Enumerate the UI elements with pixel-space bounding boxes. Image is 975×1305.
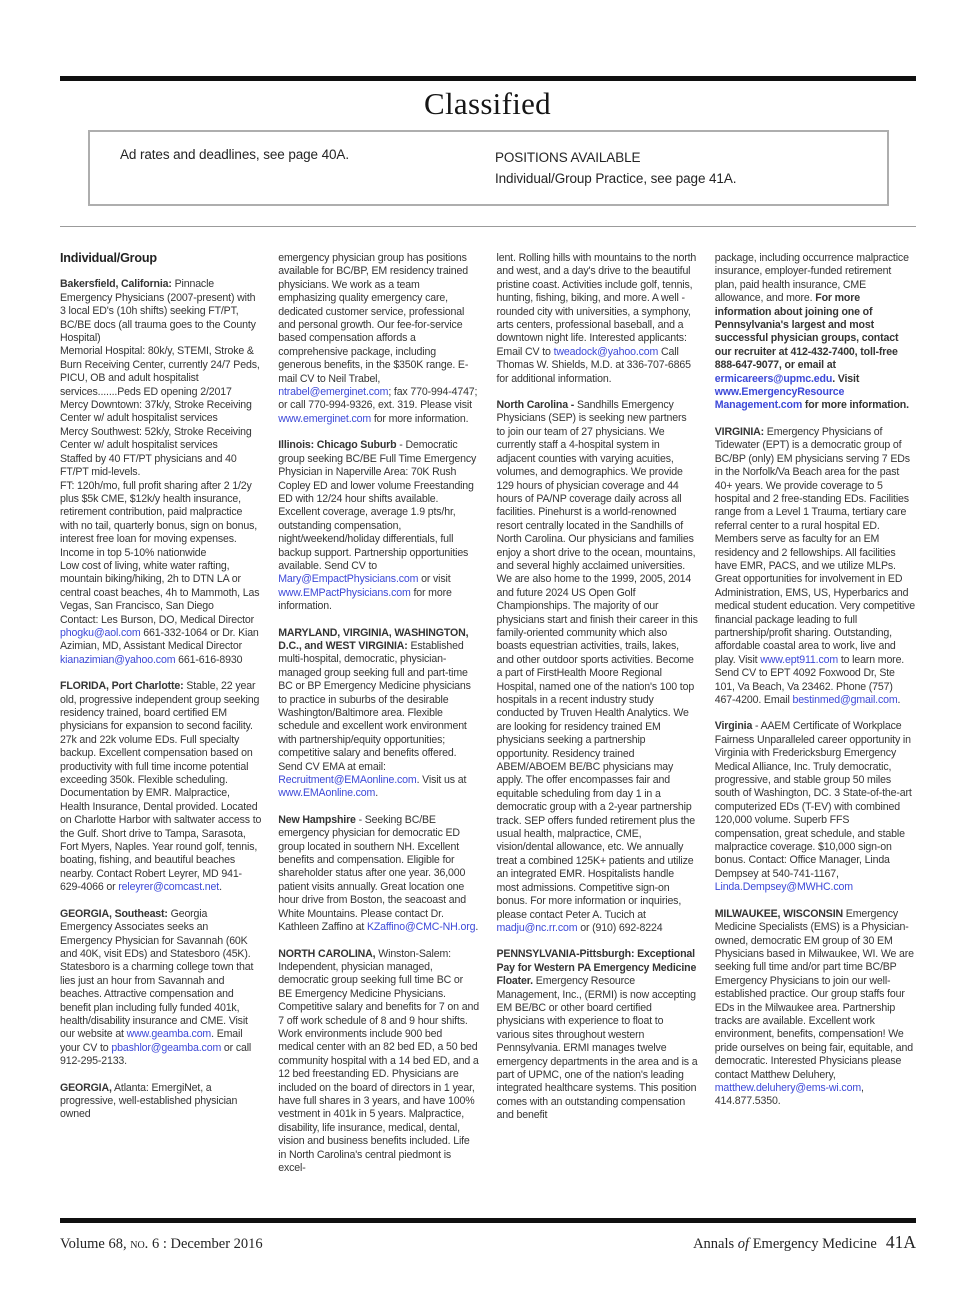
ad-text: Emergency Resource Management, Inc., (ER… xyxy=(497,975,698,1121)
column-1: Individual/GroupBakersfield, California:… xyxy=(60,252,261,1216)
footer: Volume 68, no. 6 : December 2016 Annals … xyxy=(60,1232,916,1253)
classified-ad: Illinois: Chicago Suburb - Democratic gr… xyxy=(278,439,479,613)
classified-ad: Bakersfield, California: Pinnacle Emerge… xyxy=(60,278,261,667)
email-link[interactable]: releyrer@comcast.net xyxy=(118,881,219,893)
positions-available-line: POSITIONS AVAILABLE xyxy=(495,147,736,168)
section-heading: Individual/Group xyxy=(60,252,261,265)
ad-text: - Democratic group seeking BC/BE Full Ti… xyxy=(278,439,476,572)
classified-ad: VIRGINIA: Emergency Physicians of Tidewa… xyxy=(715,426,916,708)
columns: Individual/GroupBakersfield, California:… xyxy=(60,252,916,1216)
classified-ad: GEORGIA, Atlanta: EmergiNet, a progressi… xyxy=(60,1082,261,1122)
classified-ad: GEORGIA, Southeast: Georgia Emergency As… xyxy=(60,908,261,1069)
email-link[interactable]: kianazimian@yahoo.com xyxy=(60,654,175,666)
ad-text: Mercy Southwest: 52k/y, Stroke Receiving… xyxy=(60,426,252,451)
ad-lead-in: Bakersfield, California: xyxy=(60,278,172,290)
ad-rates-note: Ad rates and deadlines, see page 40A. xyxy=(120,147,349,162)
ad-text: Stable, 22 year old, progressive indepen… xyxy=(60,680,261,893)
email-link[interactable]: Linda.Dempsey@MWHC.com xyxy=(715,881,853,893)
classified-ad: MILWAUKEE, WISCONSIN Emergency Medicine … xyxy=(715,908,916,1109)
journal-name-of: of xyxy=(738,1236,749,1252)
email-link[interactable]: tweadock@yahoo.com xyxy=(554,346,659,358)
ad-text: Emergency Medicine Specialists (EMS) is … xyxy=(715,908,914,1081)
email-link[interactable]: bestinmed@gmail.com xyxy=(792,694,897,706)
email-link[interactable]: pbashlor@geamba.com xyxy=(111,1042,221,1054)
ad-text: . xyxy=(475,921,478,933)
ad-text: Emergency Physicians of Tidewater (EPT) … xyxy=(715,426,915,666)
classified-ad: package, including occurrence malpractic… xyxy=(715,252,916,413)
ad-lead-in: GEORGIA, Southeast: xyxy=(60,908,168,920)
email-link[interactable]: phogku@aol.com xyxy=(60,627,141,639)
ad-lead-in: Virginia xyxy=(715,720,752,732)
url-link[interactable]: www.emerginet.com xyxy=(278,413,371,425)
email-link[interactable]: Mary@EmpactPhysicians.com xyxy=(278,573,418,585)
email-link[interactable]: Recruitment@EMAonline.com xyxy=(278,774,416,786)
ad-text: or visit xyxy=(418,573,450,585)
volume-text: Volume 68, xyxy=(60,1236,130,1252)
ad-text: Contact: Les Burson, DO, Medical Directo… xyxy=(60,614,254,626)
ad-lead-in: . Visit xyxy=(832,373,859,385)
journal-classified-page: Classified Ad rates and deadlines, see p… xyxy=(0,0,975,1305)
ad-text: for more information. xyxy=(371,413,468,425)
ad-text: Sandhills Emergency Physicians (SEP) is … xyxy=(497,399,698,920)
top-rule xyxy=(60,76,916,81)
ad-text: Georgia Emergency Associates seeks an Em… xyxy=(60,908,253,1041)
ad-lead-in: VIRGINIA: xyxy=(715,426,764,438)
email-link[interactable]: madju@nc.rr.com xyxy=(497,922,578,934)
url-link[interactable]: www.EMPactPhysicians.com xyxy=(278,587,410,599)
ad-text: emergency physician group has positions … xyxy=(278,252,468,385)
url-link[interactable]: www.geamba.com xyxy=(127,1028,211,1040)
ad-text: Income in top 5-10% nationwide xyxy=(60,547,206,559)
ad-text: . xyxy=(898,694,901,706)
ad-info-box: Ad rates and deadlines, see page 40A. PO… xyxy=(88,130,889,206)
ad-text: - AAEM Certificate of Workplace Fairness… xyxy=(715,720,912,879)
ad-text: 661-616-8930 xyxy=(175,654,242,666)
column-4: package, including occurrence malpractic… xyxy=(715,252,916,1216)
ad-lead-in: New Hampshire xyxy=(278,814,356,826)
classified-ad: lent. Rolling hills with mountains to th… xyxy=(497,252,698,386)
classified-ad: North Carolina - Sandhills Emergency Phy… xyxy=(497,399,698,935)
classified-ad: emergency physician group has positions … xyxy=(278,252,479,426)
volume-no-smallcaps: no. xyxy=(130,1236,148,1252)
ad-lead-in: Illinois: Chicago Suburb xyxy=(278,439,396,451)
journal-name: Annals xyxy=(693,1236,738,1252)
email-link[interactable]: matthew.deluhery@ems-wi.com xyxy=(715,1082,861,1094)
email-link[interactable]: KZaffino@CMC-NH.org xyxy=(367,921,475,933)
ad-text: FT: 120h/mo, full profit sharing after 2… xyxy=(60,480,257,546)
classified-ad: Virginia - AAEM Certificate of Workplace… xyxy=(715,720,916,894)
ad-text: lent. Rolling hills with mountains to th… xyxy=(497,252,697,358)
ad-lead-in: NORTH CAROLINA, xyxy=(278,948,375,960)
ad-text: . Visit us at xyxy=(417,774,467,786)
classified-ad: NORTH CAROLINA, Winston-Salem: Independe… xyxy=(278,948,479,1176)
footer-journal: Annals of Emergency Medicine41A xyxy=(693,1232,916,1253)
ad-text: Winston-Salem: Independent, physician ma… xyxy=(278,948,479,1175)
classified-ad: New Hampshire - Seeking BC/BE emergency … xyxy=(278,814,479,935)
ad-text: Low cost of living, white water rafting,… xyxy=(60,560,259,612)
ad-text: Mercy Downtown: 37k/y, Stroke Receiving … xyxy=(60,399,252,424)
classified-ad: MARYLAND, VIRGINIA, WASHINGTON, D.C., an… xyxy=(278,627,479,801)
email-link[interactable]: ntrabel@emerginet.com xyxy=(278,386,388,398)
ad-text: or (910) 692-8224 xyxy=(577,922,662,934)
ad-text: package, including occurrence malpractic… xyxy=(715,252,909,304)
ad-lead-in: for more information. xyxy=(802,399,909,411)
header-divider-rule xyxy=(60,226,916,227)
page-title: Classified xyxy=(0,86,975,122)
url-link[interactable]: www.EMAonline.com xyxy=(278,787,375,799)
classified-ad: FLORIDA, Port Charlotte: Stable, 22 year… xyxy=(60,680,261,895)
column-2: emergency physician group has positions … xyxy=(278,252,479,1216)
classified-ad: PENNSYLVANIA-Pittsburgh: Exceptional Pay… xyxy=(497,948,698,1122)
journal-name-rest: Emergency Medicine xyxy=(749,1236,877,1252)
page-number: 41A xyxy=(886,1232,916,1252)
ad-text: Memorial Hospital: 80k/y, STEMI, Stroke … xyxy=(60,345,260,397)
ad-lead-in: GEORGIA, xyxy=(60,1082,112,1094)
ad-lead-in: North Carolina - xyxy=(497,399,575,411)
positions-available-note: POSITIONS AVAILABLE Individual/Group Pra… xyxy=(495,147,736,189)
volume-date-text: 6 : December 2016 xyxy=(148,1236,262,1252)
ad-text: Staffed by 40 FT/PT physicians and 40 FT… xyxy=(60,453,237,478)
bottom-rule xyxy=(60,1218,916,1223)
ad-text: - Seeking BC/BE emergency physician for … xyxy=(278,814,466,933)
url-link[interactable]: www.ept911.com xyxy=(760,654,838,666)
ad-lead-in: MILWAUKEE, WISCONSIN xyxy=(715,908,843,920)
footer-volume: Volume 68, no. 6 : December 2016 xyxy=(60,1236,263,1253)
ad-text: Established multi-hospital, democratic, … xyxy=(278,640,471,773)
ad-text: . xyxy=(219,881,222,893)
column-3: lent. Rolling hills with mountains to th… xyxy=(497,252,698,1216)
ad-lead-in: FLORIDA, Port Charlotte: xyxy=(60,680,184,692)
individual-group-practice-line: Individual/Group Practice, see page 41A. xyxy=(495,168,736,189)
email-link[interactable]: ermicareers@upmc.edu xyxy=(715,373,832,385)
ad-text: . xyxy=(375,787,378,799)
